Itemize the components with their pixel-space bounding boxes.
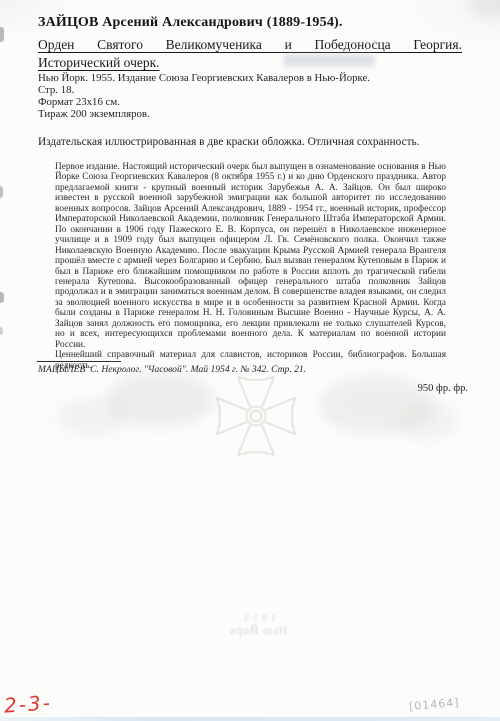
description-line: Первое издание. Настоящий исторический о… — [55, 162, 446, 172]
verso-place: Нью Йорк — [214, 625, 302, 638]
watermark-smudge — [56, 398, 128, 436]
description-line: прошёл вместе с армией через Болгарию и … — [55, 256, 446, 266]
scan-edge-speck — [0, 327, 3, 335]
condition-note: Издательская иллюстрированная в две крас… — [38, 136, 420, 148]
work-title: Орден Святого Великомученика и Победонос… — [38, 37, 462, 53]
catalog-page: ЗАЙЦОВ Арсений Александрович (1889-1954)… — [0, 0, 500, 721]
imprint-pages: Стр. 18. — [38, 84, 370, 96]
handwritten-price-note: 2-3- — [3, 690, 52, 717]
imprint-format: Формат 23х16 см. — [38, 96, 370, 108]
verso-showthrough-text: 1955 Нью Йорк — [214, 612, 302, 638]
scan-bottom-edge — [0, 717, 500, 721]
work-subtitle: Исторический очерк. — [38, 55, 160, 71]
imprint-block: Нью Йорк. 1955. Издание Союза Георгиевск… — [38, 72, 370, 120]
scan-edge-speck — [0, 186, 3, 198]
description-line: предлагаемой книги - крупный военный ист… — [55, 183, 446, 193]
description-line: за эволюцией военного искусства в мире и… — [55, 298, 446, 308]
author-title: ЗАЙЦОВ Арсений Александрович (1889-1954)… — [38, 15, 478, 31]
watermark-smudge — [398, 402, 460, 440]
description-line: но и всех, интересующихся проблемами вое… — [55, 329, 446, 350]
description-line: Йорке Союза Георгиевских Кавалеров (8 ок… — [55, 172, 446, 182]
description-line: По окончании в 1906 году Пажеского Е. В.… — [55, 225, 446, 235]
description-line: военных вопросов. Зайцов Арсений Алексан… — [55, 204, 446, 214]
description-line: Ценнейший справочный материал для славис… — [55, 350, 446, 360]
description-line: известен в русской военной зарубежной эм… — [55, 193, 446, 203]
description-line: Зайцов занял должность его помощника, ег… — [55, 319, 446, 329]
george-cross-watermark-icon — [210, 370, 302, 462]
description-line: Императорской Николаевской Академии, пол… — [55, 214, 446, 224]
reference-divider — [37, 361, 121, 362]
imprint-place-publisher: Нью Йорк. 1955. Издание Союза Георгиевск… — [38, 72, 370, 84]
description-line: генерала Кутепова. Высокообразованный оф… — [55, 277, 446, 287]
description-line: Николаевскую Военную Академию. После эва… — [55, 246, 446, 256]
description-paragraph: Первое издание. Настоящий исторический о… — [55, 162, 446, 371]
description-line: был в Париже его ближайшим помощником по… — [55, 267, 446, 277]
verso-year: 1955 — [214, 612, 302, 625]
imprint-print-run: Тираж 200 экземпляров. — [38, 108, 370, 120]
description-line: продолжал и в эмиграции заниматься военн… — [55, 287, 446, 297]
description-line: были созданы в Париже генералом Н. Н. Го… — [55, 308, 446, 318]
scan-edge-speck — [0, 27, 4, 42]
description-line: училище и в 1909 году был выпущен офицер… — [55, 235, 446, 245]
ink-showthrough-blur — [283, 54, 375, 67]
scan-edge-speck — [0, 292, 4, 303]
catalog-number-note: [01464] — [409, 696, 461, 713]
